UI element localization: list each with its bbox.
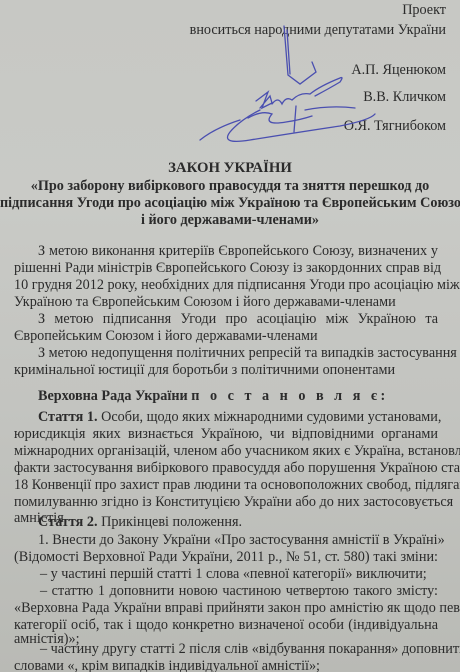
preamble-line: 10 грудня 2012 року, необхідних для підп… [14, 277, 438, 293]
deputy-yatsenyuk: А.П. Яценюком [351, 62, 446, 78]
article1-line: міжнародних організацій, членом або учас… [14, 443, 438, 459]
preamble-line: кримінальної юстиції для боротьби з полі… [14, 362, 395, 378]
article2-label: Стаття 2. [38, 514, 98, 530]
article2-line: – частину другу статті 2 після слів «від… [40, 641, 438, 657]
law-subtitle-line: «Про заборону вибіркового правосуддя та … [0, 178, 460, 194]
deputy-tyahnybok: О.Я. Тягнибоком [344, 118, 446, 134]
article1-label: Стаття 1. [38, 409, 98, 425]
law-subtitle-line: і його державами-членами» [0, 212, 460, 228]
article2-line: – статтю 1 доповнити новою частиною четв… [40, 583, 438, 599]
article1-line: 18 Конвенції про захист прав людини та о… [14, 477, 438, 493]
preamble-line: рішенні Ради міністрів Європейського Сою… [14, 260, 438, 276]
law-subtitle-line: підписання Угоди про асоціацію між Украї… [0, 195, 460, 211]
article1-line: факти застосування вибіркового правосудд… [14, 460, 438, 476]
resolution: Верховна Рада України п о с т а н о в л … [38, 388, 389, 404]
article2-line: «Верховна Рада України вправі прийняти з… [14, 600, 438, 616]
preamble-line: Європейським Союзом і його державами-чле… [14, 328, 318, 344]
project-label: Проект [402, 2, 446, 18]
article2-line: (Відомості Верховної Ради України, 2011 … [14, 549, 438, 565]
preamble-line: Україною та Європейським Союзом і його д… [14, 294, 396, 310]
article1-line: помилуванню згідно із Конституцією Украї… [14, 494, 438, 510]
resolution-verb: п о с т а н о в л я є: [191, 388, 389, 404]
article2-line: словами «, крім випадків індивідуальної … [14, 658, 320, 672]
submitted-by: вноситься народними депутатами України [190, 22, 446, 38]
deputy-klitschko: В.В. Кличком [363, 89, 446, 105]
preamble-line: З метою виконання критеріїв Європейськог… [38, 243, 438, 259]
article1-first-line: Стаття 1. Особи, щодо яких міжнародними … [38, 409, 438, 425]
article1-line: юрисдикція яких визнається Україною, чи … [14, 426, 438, 442]
article2-line: 1. Внести до Закону України «Про застосу… [38, 532, 438, 548]
article2-heading: Стаття 2. Прикінцеві положення. [38, 514, 242, 530]
preamble-line: З метою підписання Угоди про асоціацію м… [38, 311, 438, 327]
document-page: Проект вноситься народними депутатами Ук… [0, 0, 460, 672]
article2-line: – у частині першій статті 1 слова «певно… [40, 566, 427, 582]
law-title: ЗАКОН УКРАЇНИ [0, 160, 460, 176]
resolution-subject: Верховна Рада України [38, 388, 188, 404]
preamble-line: З метою недопущення політичних репресій … [38, 345, 438, 361]
